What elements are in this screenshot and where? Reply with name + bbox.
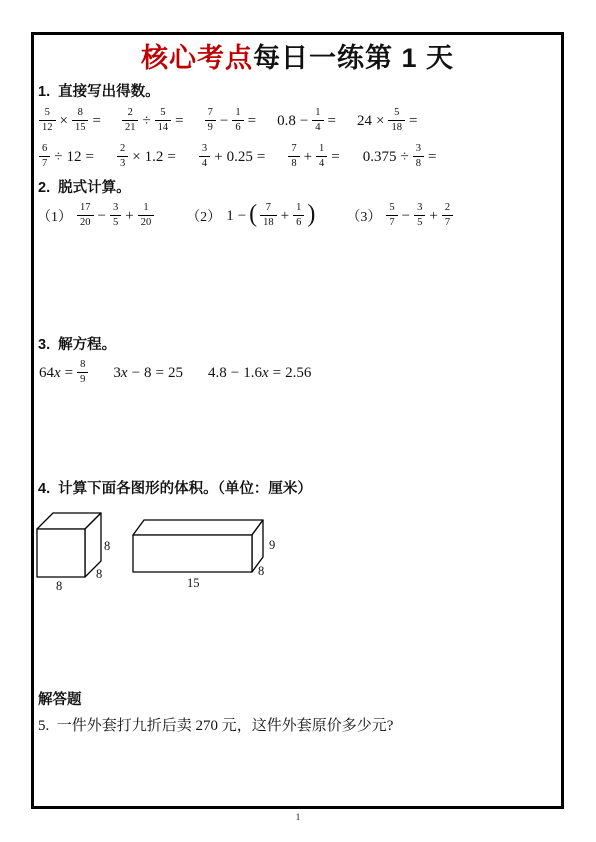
problem-item: （1）1720−35+120	[37, 203, 156, 228]
section1-row1: 512×815= 221÷514= 79−16= 0.8−14= 24×518=	[37, 104, 419, 138]
title-highlight: 核心考点	[141, 43, 253, 73]
cuboid-figure: 9 8 15	[133, 520, 275, 590]
cuboid-top-face	[133, 520, 263, 535]
math-expression: 221÷514=	[120, 108, 186, 133]
cube-width-label: 8	[56, 579, 62, 593]
cube-front-face	[37, 529, 85, 577]
math-expression: 1720−35+120	[75, 203, 156, 228]
math-expression: 3x−8=25	[111, 365, 185, 382]
math-expression: 0.8−14=	[275, 108, 338, 133]
cuboid-depth-label: 8	[258, 564, 264, 578]
math-expression: 512×815=	[37, 108, 103, 133]
section2-problems: （1）1720−35+120 （2）1−(718+16) （3）57−35+27	[37, 199, 455, 233]
section4-heading: 4. 计算下面各图形的体积。（单位：厘米）	[38, 477, 312, 498]
math-expression: 24×518=	[355, 108, 419, 133]
math-expression: 0.375÷38=	[361, 144, 439, 169]
math-expression: 57−35+27	[384, 203, 455, 228]
math-expression: 67÷12=	[37, 144, 96, 169]
page-title: 核心考点每日一练第 1 天	[31, 36, 564, 75]
cuboid-front-face	[133, 535, 252, 572]
math-expression: 78+14=	[286, 144, 341, 169]
problem-number: （2）	[186, 206, 221, 226]
section3-equations: 64x=89 3x−8=25 4.8−1.6x=2.56	[37, 356, 313, 390]
cuboid-height-label: 9	[269, 538, 275, 552]
section2-heading: 2. 脱式计算。	[38, 176, 131, 197]
problem-number: （1）	[37, 206, 72, 226]
cube-height-label: 8	[104, 539, 110, 553]
problem-item: （3）57−35+27	[346, 203, 455, 228]
page-number: 1	[0, 812, 596, 822]
math-expression: 64x=89	[37, 360, 90, 385]
section5-heading: 解答题	[38, 688, 82, 709]
cube-figure: 8 8 8	[37, 513, 110, 593]
section3-heading: 3. 解方程。	[38, 333, 116, 354]
cuboid-length-label: 15	[187, 576, 200, 590]
math-expression: 79−16=	[203, 108, 258, 133]
worksheet-page: 核心考点每日一练第 1 天 1. 直接写出得数。 512×815= 221÷51…	[0, 0, 596, 842]
section1-heading: 1. 直接写出得数。	[38, 80, 160, 101]
problem-item: （2）1−(718+16)	[186, 203, 316, 228]
cube-depth-label: 8	[96, 567, 102, 581]
problem-number: （3）	[346, 206, 381, 226]
question-5: 5. 一件外套打九折后卖 270 元，这件外套原价多少元?	[38, 714, 393, 735]
geometry-figures: 8 8 8 9 8 15	[31, 503, 321, 603]
math-expression: 34+0.25=	[197, 144, 267, 169]
section1-row2: 67÷12= 23×1.2= 34+0.25= 78+14= 0.375÷38=	[37, 140, 438, 174]
math-expression: 4.8−1.6x=2.56	[206, 365, 313, 382]
title-rest: 每日一练第 1 天	[253, 43, 454, 73]
math-expression: 23×1.2=	[115, 144, 178, 169]
math-expression: 1−(718+16)	[224, 203, 316, 228]
